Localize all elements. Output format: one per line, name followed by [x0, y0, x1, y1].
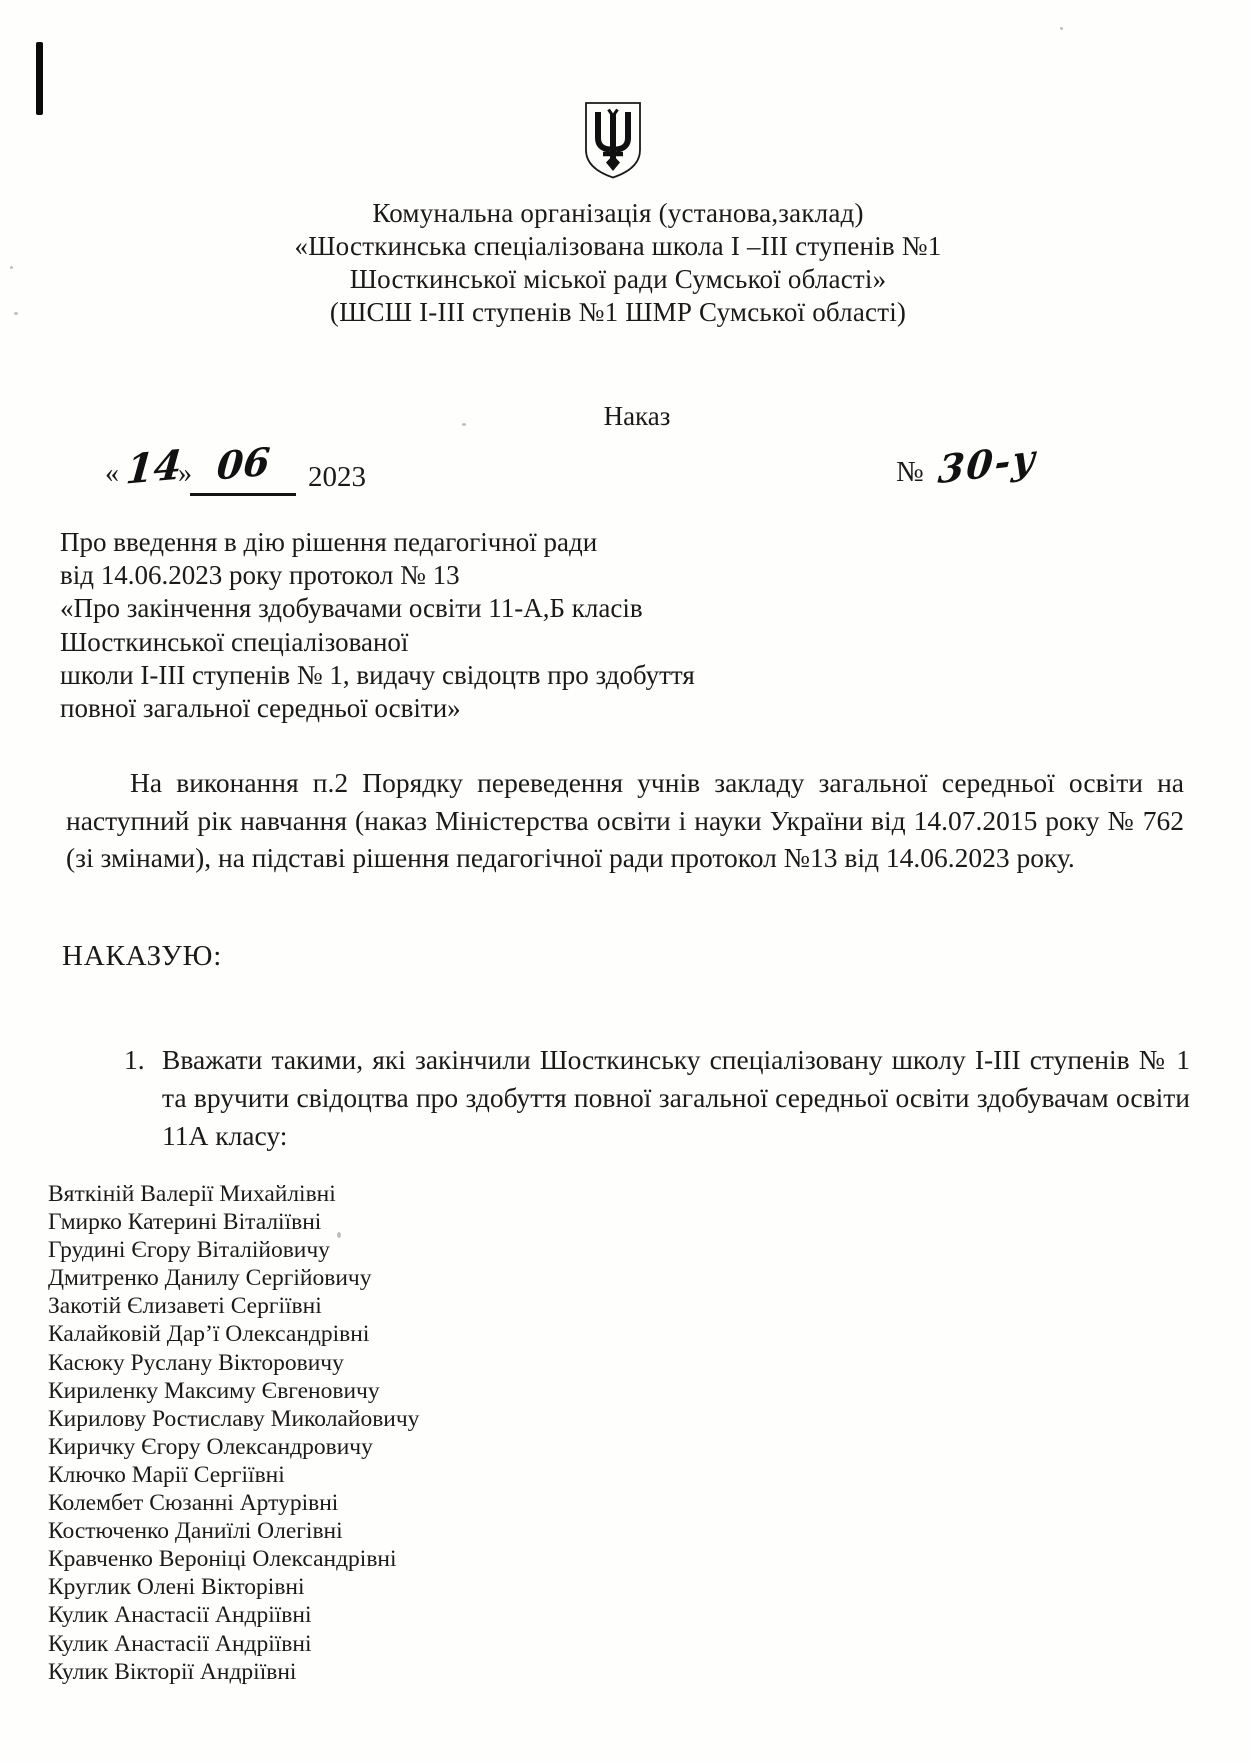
org-header-line: «Шосткинська спеціалізована школа I –III… [126, 230, 1110, 263]
students-list: Вяткіній Валерії МихайлівніГмирко Катери… [48, 1180, 748, 1686]
student-name: Гмирко Катерині Віталіївні [48, 1208, 748, 1236]
student-name: Закотій Єлизаветі Сергіївні [48, 1292, 748, 1320]
student-name: Колембет Сюзанні Артурівні [48, 1489, 748, 1517]
preamble-paragraph: На виконання п.2 Порядку переведення учн… [66, 764, 1184, 877]
handwritten-month: 06 [215, 438, 272, 488]
student-name: Кулик Вікторії Андріївні [48, 1658, 748, 1686]
student-name: Кравченко Вероніці Олександрівні [48, 1545, 748, 1573]
student-name: Дмитренко Данилу Сергійовичу [48, 1264, 748, 1292]
scanned-order-document: Комунальна організація (установа,заклад)… [0, 0, 1252, 1762]
order-item-text: Вважати такими, які закінчили Шосткинськ… [162, 1044, 1190, 1151]
date-year: 2023 [308, 461, 366, 494]
order-number-label: № [896, 456, 924, 489]
date-open-quote: « [105, 458, 119, 490]
subject-line: Шосткинської спеціалізованої [60, 626, 820, 659]
scan-speck [14, 312, 18, 315]
handwritten-day: 14 [124, 441, 184, 493]
student-name: Круглик Олені Вікторівні [48, 1573, 748, 1601]
student-name: Кулик Анастасії Андріївні [48, 1601, 748, 1629]
scan-speck [10, 266, 13, 269]
scan-artifact-mark [36, 42, 43, 115]
student-name: Киричку Єгору Олександровичу [48, 1433, 748, 1461]
student-name: Грудині Єгору Віталійовичу [48, 1236, 748, 1264]
subject-line: школи I-III ступенів № 1, видачу свідоцт… [60, 659, 820, 692]
order-heading: НАКАЗУЮ: [62, 940, 222, 973]
order-item-1: 1. Вважати такими, які закінчили Шосткин… [124, 1041, 1190, 1155]
doc-type-title: Наказ [145, 401, 1129, 432]
student-name: Ключко Марії Сергіївні [48, 1461, 748, 1489]
subject-line: «Про закінчення здобувачами освіти 11-А,… [60, 592, 820, 625]
student-name: Костюченко Даниїлі Олегівні [48, 1517, 748, 1545]
org-header-line: (ШСШ I-III ступенів №1 ШМР Сумської обла… [126, 296, 1110, 329]
student-name: Кулик Анастасії Андріївні [48, 1630, 748, 1658]
org-header-line: Шосткинської міської ради Сумської облас… [126, 263, 1110, 296]
student-name: Вяткіній Валерії Михайлівні [48, 1180, 748, 1208]
handwritten-order-number: 30-у [936, 435, 1039, 493]
org-header: Комунальна організація (установа,заклад)… [126, 197, 1110, 329]
month-blank-underline: 06 [190, 441, 296, 496]
student-name: Кирилову Ростиславу Миколайовичу [48, 1405, 748, 1433]
order-subject: Про введення в дію рішення педагогічної … [60, 526, 820, 725]
student-name: Калайковій Дар’ї Олександрівні [48, 1320, 748, 1348]
subject-line: Про введення в дію рішення педагогічної … [60, 526, 820, 559]
student-name: Кириленку Максиму Євгеновичу [48, 1377, 748, 1405]
subject-line: повної загальної середньої освіти» [60, 692, 820, 725]
scan-speck [1060, 27, 1063, 30]
org-header-line: Комунальна організація (установа,заклад) [126, 197, 1110, 230]
ukraine-trident-emblem [582, 99, 644, 181]
student-name: Касюку Руслану Вікторовичу [48, 1349, 748, 1377]
subject-line: від 14.06.2023 року протокол № 13 [60, 559, 820, 592]
order-item-number: 1. [124, 1041, 145, 1079]
